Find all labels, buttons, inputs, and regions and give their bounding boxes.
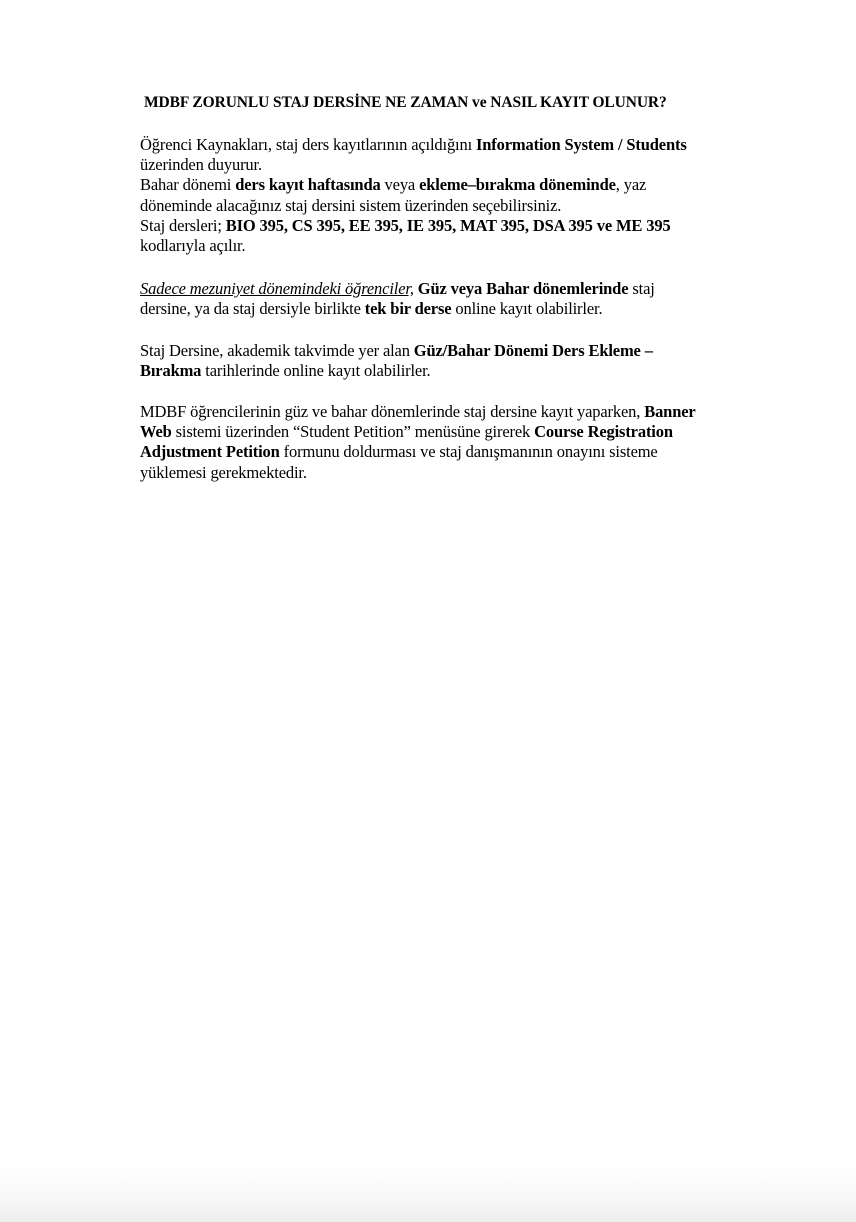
bold-text-run: Banner xyxy=(644,402,695,421)
paragraph-registration-announcement: Öğrenci Kaynakları, staj ders kayıtların… xyxy=(140,135,780,256)
text-line: kodlarıyla açılır. xyxy=(140,236,780,256)
bold-text-run: Adjustment Petition xyxy=(140,442,280,461)
document-title: MDBF ZORUNLU STAJ DERSİNE NE ZAMAN ve NA… xyxy=(144,93,764,113)
bold-text-run: ekleme–bırakma döneminde xyxy=(419,175,616,194)
bold-text-run: Course Registration xyxy=(534,422,673,441)
bold-text-run: Web xyxy=(140,422,172,441)
text-run: formunu doldurması ve staj danışmanının … xyxy=(280,442,658,461)
text-run: tarihlerinde online kayıt olabilirler. xyxy=(201,361,430,380)
document-page: MDBF ZORUNLU STAJ DERSİNE NE ZAMAN ve NA… xyxy=(0,0,856,1222)
text-line: yüklemesi gerekmektedir. xyxy=(140,463,780,483)
italic-underlined-text-run: Sadece mezuniyet dönemindeki öğrenciler, xyxy=(140,279,414,298)
text-line: Staj dersleri; BIO 395, CS 395, EE 395, … xyxy=(140,216,780,236)
text-run: Staj dersleri; xyxy=(140,216,226,235)
bold-text-run: Information System / Students xyxy=(476,135,687,154)
text-run: staj xyxy=(628,279,654,298)
text-line: MDBF öğrencilerinin güz ve bahar dönemle… xyxy=(140,402,780,422)
text-run: Öğrenci Kaynakları, staj ders kayıtların… xyxy=(140,135,476,154)
course-codes: BIO 395, CS 395, EE 395, IE 395, MAT 395… xyxy=(226,216,671,235)
bold-text-run: tek bir derse xyxy=(365,299,452,318)
paragraph-graduating-students: Sadece mezuniyet dönemindeki öğrenciler,… xyxy=(140,279,780,319)
paragraph-add-drop-dates: Staj Dersine, akademik takvimde yer alan… xyxy=(140,341,780,381)
bold-text-run: Güz veya Bahar dönemlerinde xyxy=(418,279,629,298)
text-run: sistemi üzerinden “Student Petition” men… xyxy=(172,422,534,441)
text-run: MDBF öğrencilerinin güz ve bahar dönemle… xyxy=(140,402,644,421)
text-line: Bırakma tarihlerinde online kayıt olabil… xyxy=(140,361,780,381)
text-line: üzerinden duyurur. xyxy=(140,155,780,175)
text-line: Bahar dönemi ders kayıt haftasında veya … xyxy=(140,175,780,195)
text-line: Öğrenci Kaynakları, staj ders kayıtların… xyxy=(140,135,780,155)
text-line: Staj Dersine, akademik takvimde yer alan… xyxy=(140,341,780,361)
paragraph-banner-web-petition: MDBF öğrencilerinin güz ve bahar dönemle… xyxy=(140,402,780,483)
text-line: Adjustment Petition formunu doldurması v… xyxy=(140,442,780,462)
bold-text-run: Güz/Bahar Dönemi Ders Ekleme – xyxy=(414,341,653,360)
text-run: , yaz xyxy=(616,175,646,194)
text-run: online kayıt olabilirler. xyxy=(451,299,602,318)
text-run: Staj Dersine, akademik takvimde yer alan xyxy=(140,341,414,360)
text-line: Web sistemi üzerinden “Student Petition”… xyxy=(140,422,780,442)
text-line: döneminde alacağınız staj dersini sistem… xyxy=(140,196,780,216)
bold-text-run: ders kayıt haftasında xyxy=(235,175,380,194)
text-run: dersine, ya da staj dersiyle birlikte xyxy=(140,299,365,318)
text-line: Sadece mezuniyet dönemindeki öğrenciler,… xyxy=(140,279,780,299)
text-run: Bahar dönemi xyxy=(140,175,235,194)
text-line: dersine, ya da staj dersiyle birlikte te… xyxy=(140,299,780,319)
text-run: veya xyxy=(381,175,420,194)
bold-text-run: Bırakma xyxy=(140,361,201,380)
